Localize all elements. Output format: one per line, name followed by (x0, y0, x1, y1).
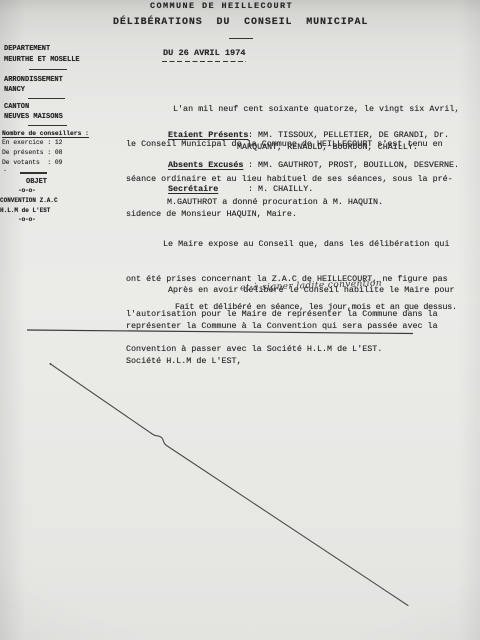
margin-canton-label: CANTON (4, 103, 29, 111)
margin-canton-value: NEUVES MAISONS (4, 113, 63, 121)
presents-label: Etaient Présents (168, 130, 248, 140)
margin-arrondissement-value: NANCY (4, 86, 25, 94)
absents-names: : MM. GAUTHROT, PROST, BOUILLON, DESVERN… (248, 160, 459, 170)
presents-names-2: MARQUANT, RENAULD, BOURDON, CHAILLY. (237, 143, 418, 153)
commune-name: COMMUNE DE HEILLECOURT (150, 2, 293, 12)
opening-line-1: L'an mil neuf cent soixante quatorze, le… (126, 104, 459, 116)
secretaire-label: Secrétaire (168, 184, 218, 194)
absents-row: Absents Excusés: MM. GAUTHROT, PROST, BO… (168, 161, 459, 171)
conseillers-votants: De votants : 09 (2, 159, 62, 166)
closing-line: Fait et délibéré en séance, les jour,moi… (175, 303, 457, 313)
session-date: DU 26 AVRIL 1974 (163, 49, 246, 59)
objet-line1: CONVENTION Z.A.C (0, 198, 58, 205)
objet-divider-top: -o-o- (18, 187, 36, 194)
secretaire-name: : M. CHAILLY. (248, 184, 313, 194)
date-underline (162, 61, 246, 63)
procuration-line: M.GAUTHROT a donné procuration à M. HAQU… (167, 198, 383, 208)
scratch-line-origin (50, 363, 52, 365)
title-underline (229, 38, 253, 39)
scratch-line (51, 364, 409, 606)
margin-underline-1 (29, 69, 67, 70)
para3-line-3: Société H.L.M de L'EST, (126, 356, 454, 368)
secretaire-row: Secrétaire: M. CHAILLY. (168, 185, 313, 195)
absents-label: Absents Excusés (168, 160, 243, 170)
presents-names-1: : MM. TISSOUX, PELLETIER, DE GRANDI, Dr. (248, 130, 449, 140)
para2-line-1: Le Maire expose au Conseil que, dans les… (126, 239, 449, 251)
objet-heading: OBJET (26, 178, 47, 186)
conseillers-presents: De présents : 08 (2, 149, 62, 156)
margin-departement-label: DEPARTEMENT (4, 45, 50, 53)
stray-mark: . (3, 166, 7, 173)
margin-underline-2 (28, 98, 65, 99)
presents-row: Etaient Présents: MM. TISSOUX, PELLETIER… (168, 131, 449, 141)
margin-departement-value: MEURTHE ET MOSELLE (4, 56, 80, 64)
document-page: COMMUNE DE HEILLECOURT DÉLIBÉRATIONS DU … (0, 0, 480, 640)
para3-line-2: représenter la Commune à la Convention q… (126, 321, 454, 333)
margin-arrondissement-label: ARRONDISSEMENT (4, 76, 63, 84)
margin-underline-3 (28, 125, 67, 126)
document-title: DÉLIBÉRATIONS DU CONSEIL MUNICIPAL (113, 17, 368, 29)
conseillers-en-exercice: En exercice : 12 (2, 139, 62, 146)
objet-divider-bottom: -o-o- (18, 216, 36, 223)
counters-divider (20, 172, 47, 174)
objet-line2: H.L.M de L'EST (0, 208, 50, 215)
conseillers-heading: Nombre de conseillers : (2, 130, 89, 137)
